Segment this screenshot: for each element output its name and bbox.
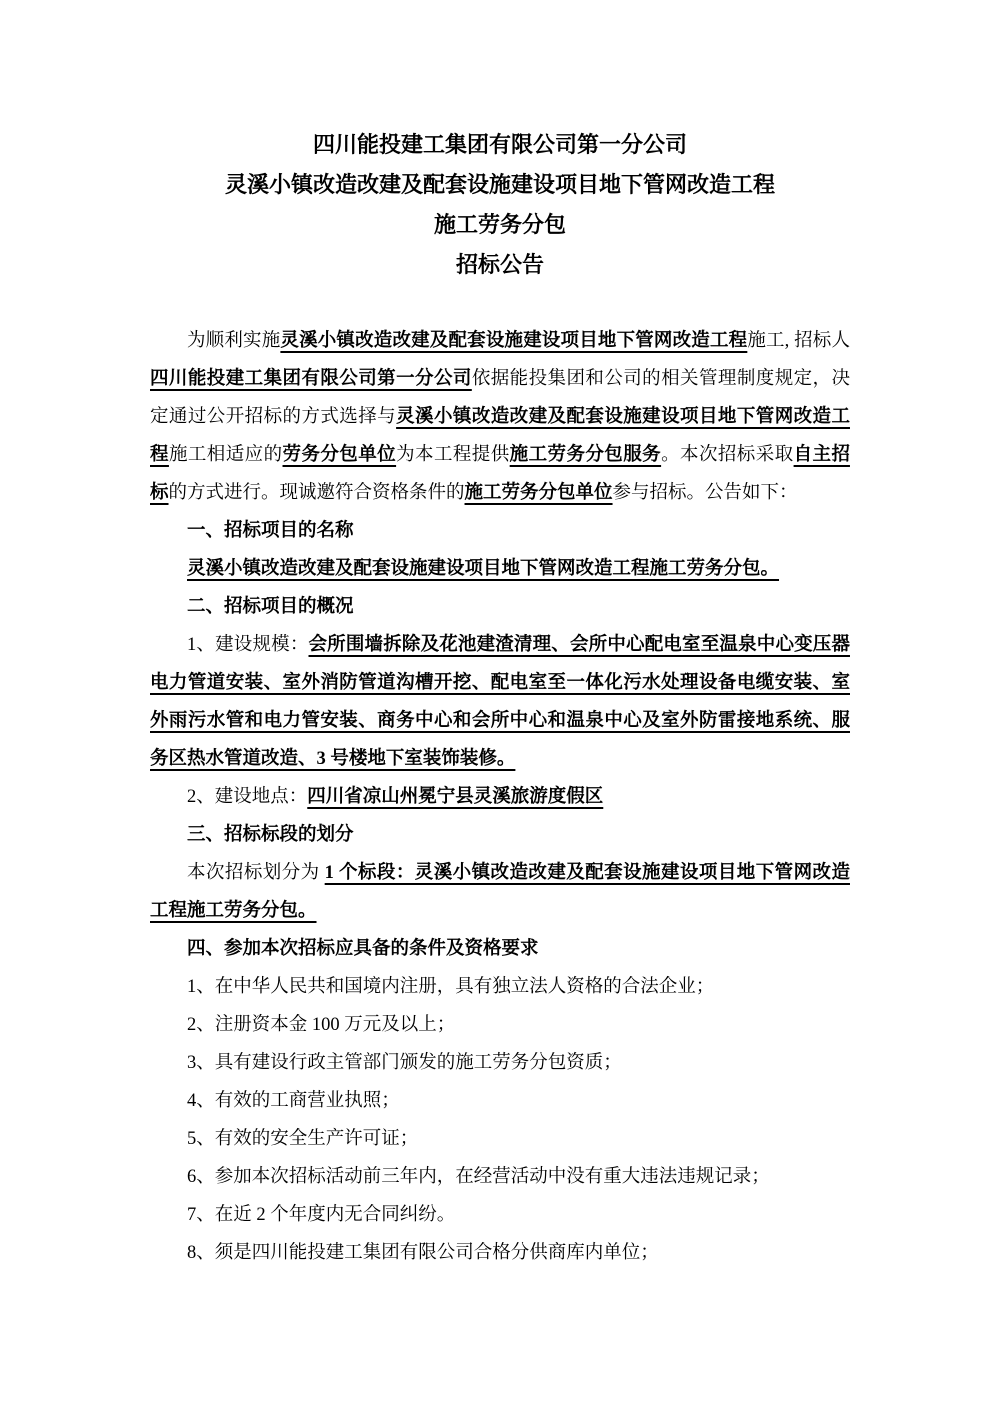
- text-run: 施工, 招标人: [747, 331, 850, 351]
- text-run: 为本工程提供: [396, 445, 510, 465]
- section-4-heading: 四、参加本次招标应具备的条件及资格要求: [150, 930, 850, 968]
- text-run: 2、建设地点：: [187, 787, 307, 807]
- requirement-item-6: 6、参加本次招标活动前三年内，在经营活动中没有重大违法违规记录；: [150, 1158, 850, 1196]
- section-2-heading: 二、招标项目的概况: [150, 588, 850, 626]
- text-run: 四川能投建工集团有限公司第一分公司: [150, 369, 472, 389]
- construction-scale-item: 1、建设规模：会所围墙拆除及花池建渣清理、会所中心配电室至温泉中心变压器电力管道…: [150, 626, 850, 778]
- construction-location-item: 2、建设地点：四川省凉山州冕宁县灵溪旅游度假区: [150, 778, 850, 816]
- text-run: 4、有效的工商营业执照；: [187, 1091, 400, 1111]
- text-run: 3、具有建设行政主管部门颁发的施工劳务分包资质；: [187, 1053, 622, 1073]
- text-run: 1、在中华人民共和国境内注册，具有独立法人资格的合法企业；: [187, 977, 714, 997]
- document-page: 四川能投建工集团有限公司第一分公司 灵溪小镇改造改建及配套设施建设项目地下管网改…: [0, 0, 993, 1404]
- text-run: 施工相适应的: [169, 445, 283, 465]
- document-title-block: 四川能投建工集团有限公司第一分公司 灵溪小镇改造改建及配套设施建设项目地下管网改…: [150, 125, 850, 285]
- requirement-item-3: 3、具有建设行政主管部门颁发的施工劳务分包资质；: [150, 1044, 850, 1082]
- section-1-heading: 一、招标项目的名称: [150, 512, 850, 550]
- text-run: 四川省凉山州冕宁县灵溪旅游度假区: [307, 787, 603, 807]
- text-run: 6、参加本次招标活动前三年内，在经营活动中没有重大违法违规记录；: [187, 1167, 770, 1187]
- intro-paragraph: 为顺利实施灵溪小镇改造改建及配套设施建设项目地下管网改造工程施工, 招标人四川能…: [150, 322, 850, 512]
- text-run: 7、在近 2 个年度内无合同纠纷。: [187, 1205, 455, 1225]
- text-run: 三、招标标段的划分: [187, 825, 354, 845]
- text-run: 施工劳务分包服务: [510, 445, 661, 465]
- text-run: 灵溪小镇改造改建及配套设施建设项目地下管网改造工程施工劳务分包。: [187, 559, 779, 579]
- text-run: 二、招标项目的概况: [187, 597, 354, 617]
- project-name-paragraph: 灵溪小镇改造改建及配套设施建设项目地下管网改造工程施工劳务分包。: [150, 550, 850, 588]
- text-run: 本次招标划分为: [187, 863, 325, 883]
- requirement-item-5: 5、有效的安全生产许可证；: [150, 1120, 850, 1158]
- title-subcontract-line: 施工劳务分包: [150, 205, 850, 245]
- text-run: 8、须是四川能投建工集团有限公司合格分供商库内单位；: [187, 1243, 659, 1263]
- requirement-item-8: 8、须是四川能投建工集团有限公司合格分供商库内单位；: [150, 1234, 850, 1272]
- text-run: 会所围墙拆除及花池建渣清理、会所中心配电室至温泉中心变压器电力管道安装、室外消防…: [150, 635, 850, 769]
- text-run: 1、建设规模：: [187, 635, 309, 655]
- text-run: 劳务分包单位: [283, 445, 397, 465]
- text-run: 四、参加本次招标应具备的条件及资格要求: [187, 939, 539, 959]
- text-run: 一、招标项目的名称: [187, 521, 354, 541]
- text-run: 5、有效的安全生产许可证；: [187, 1129, 418, 1149]
- section-3-heading: 三、招标标段的划分: [150, 816, 850, 854]
- title-project-line: 灵溪小镇改造改建及配套设施建设项目地下管网改造工程: [150, 165, 850, 205]
- title-announcement-line: 招标公告: [150, 245, 850, 285]
- text-run: 。本次招标采取: [661, 445, 794, 465]
- requirement-item-1: 1、在中华人民共和国境内注册，具有独立法人资格的合法企业；: [150, 968, 850, 1006]
- text-run: 施工劳务分包单位: [465, 483, 613, 503]
- document-body: 为顺利实施灵溪小镇改造改建及配套设施建设项目地下管网改造工程施工, 招标人四川能…: [150, 322, 850, 1272]
- text-run: 灵溪小镇改造改建及配套设施建设项目地下管网改造工程: [280, 331, 747, 351]
- title-company-line: 四川能投建工集团有限公司第一分公司: [150, 125, 850, 165]
- requirement-item-2: 2、注册资本金 100 万元及以上；: [150, 1006, 850, 1044]
- text-run: 为顺利实施: [187, 331, 280, 351]
- requirement-item-4: 4、有效的工商营业执照；: [150, 1082, 850, 1120]
- text-run: 2、注册资本金 100 万元及以上；: [187, 1015, 455, 1035]
- text-run: 参与招标。公告如下：: [613, 483, 798, 503]
- requirement-item-7: 7、在近 2 个年度内无合同纠纷。: [150, 1196, 850, 1234]
- text-run: 的方式进行。现诚邀符合资格条件的: [169, 483, 465, 503]
- bid-section-paragraph: 本次招标划分为 1 个标段：灵溪小镇改造改建及配套设施建设项目地下管网改造工程施…: [150, 854, 850, 930]
